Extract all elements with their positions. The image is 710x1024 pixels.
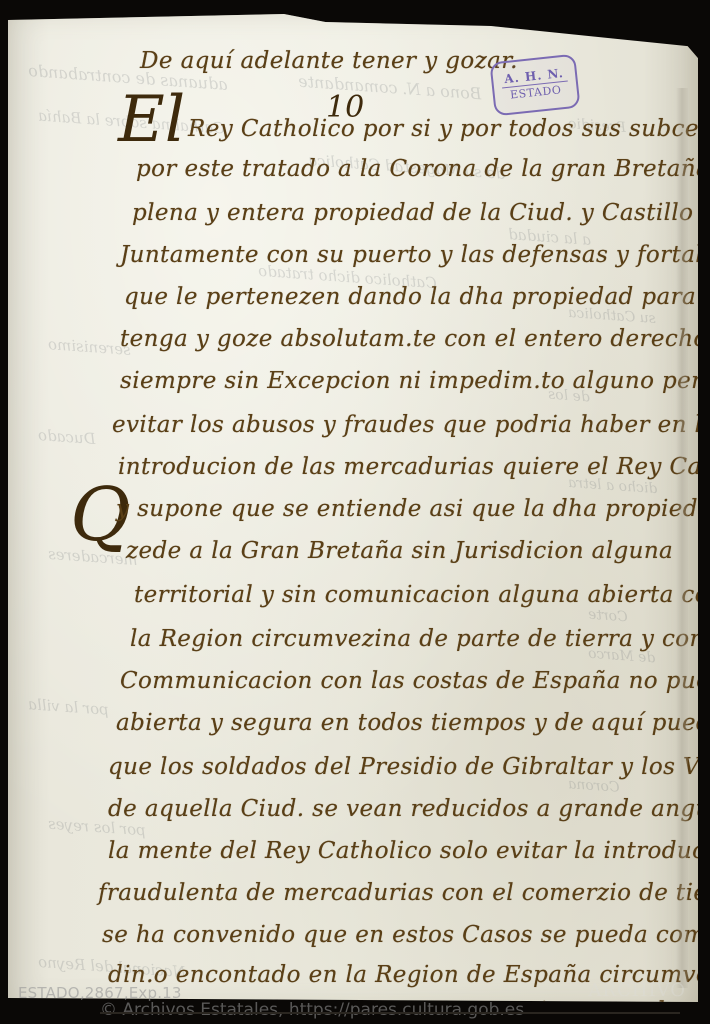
initial-capital-el: El bbox=[118, 88, 185, 152]
text-line: siempre sin Excepcion ni impedim.to algu… bbox=[120, 368, 710, 394]
text-line: territorial y sin comunicacion alguna ab… bbox=[134, 582, 710, 608]
archive-logo-watermark: ARCHIVO bbox=[588, 980, 686, 1001]
bottom-rule bbox=[100, 1012, 680, 1014]
text-line: por este tratado a la Corona de la gran … bbox=[136, 156, 710, 182]
text-line: tenga y goze absolutam.te con el entero … bbox=[120, 326, 710, 352]
text-line: evitar los abusos y fraudes que podria h… bbox=[112, 412, 710, 438]
text-line: de aquella Ciud. se vean reducidos a gra… bbox=[108, 796, 710, 822]
text-line: la Region circumvezina de parte de tierr… bbox=[130, 626, 710, 652]
text-line: De aquí adelante tener y gozar. bbox=[140, 48, 518, 74]
text-line: y supone que se entiende asi que la dha … bbox=[116, 496, 710, 522]
text-line: abierta y segura en todos tiempos y de a… bbox=[116, 710, 710, 736]
text-line: que los soldados del Presidio de Gibralt… bbox=[108, 754, 710, 780]
manuscript-text: El 10 Q De aquí adelante tener y gozar. … bbox=[8, 8, 698, 1010]
text-line: fraudulenta de mercadurias con el comerz… bbox=[98, 880, 710, 906]
text-line: Juntamente con su puerto y las defensas … bbox=[120, 242, 710, 268]
copyright-watermark: © Archivos Estatales, https://pares.cult… bbox=[100, 1000, 524, 1020]
text-line: que le pertenezen dando la dha propiedad… bbox=[124, 284, 710, 310]
archive-stamp: A. H. N. ESTADO bbox=[489, 54, 580, 117]
text-line: Rey Catholico por si y por todos sus sub… bbox=[188, 116, 710, 142]
text-line: la mente del Rey Catholico solo evitar l… bbox=[108, 838, 710, 864]
text-line: introducion de las mercadurias quiere el… bbox=[118, 454, 710, 480]
text-line: se ha convenido que en estos Casos se pu… bbox=[102, 922, 710, 948]
text-line: Communicacion con las costas de España n… bbox=[120, 668, 710, 694]
document-viewer: aduanas de contrabando Bono a N. comanda… bbox=[0, 0, 710, 1024]
text-line: zede a la Gran Bretaña sin Jurisdicion a… bbox=[126, 538, 673, 564]
text-line: plena y entera propiedad de la Ciud. y C… bbox=[132, 200, 710, 226]
manuscript-page: aduanas de contrabando Bono a N. comanda… bbox=[8, 8, 698, 1010]
